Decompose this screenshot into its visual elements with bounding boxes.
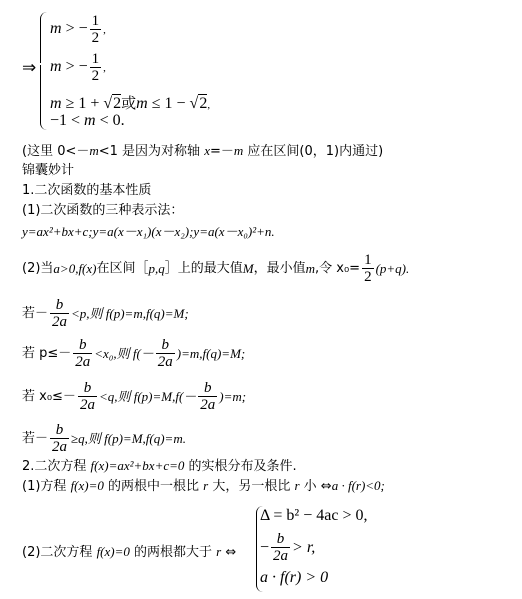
case-4: 若－ b2a ≥q,则 f(p)=M,f(q)=m.: [22, 422, 186, 455]
note-line: (这里 0<－m<1 是因为对称轴 x=－m 应在区间(0，1)内通过): [22, 143, 383, 160]
section-1-item-2: (2)当 a>0,f(x) 在区间［ p,q ］上的最大值 M ，最小值 m ,…: [22, 252, 409, 285]
system-row-1: m > −12,: [50, 13, 106, 46]
section-1-item-1-title: (1)二次函数的三种表示法：: [22, 203, 183, 219]
system-row-4: −1 < m < 0.: [50, 112, 125, 130]
case-2: 若 p≤－ b2a <x₀,则 f(－ b2a )=m,f(q)=M;: [22, 337, 245, 370]
system-row-3: m ≥ 1 + √2或m ≤ 1 − √2,: [50, 92, 210, 113]
section-2-item-1: (1)方程 f(x)=0 的两根中一根比 r 大，另一根比 r 小 ⇔a · f…: [22, 478, 385, 495]
section-2-item-2: (2)二次方程 f(x)=0 的两根都大于 r ⇔: [22, 544, 236, 561]
left-brace: [40, 12, 47, 130]
system-row-2: m > −12,: [50, 51, 106, 84]
implies-arrow: ⇒: [22, 58, 36, 78]
section-2-title: 2.二次方程 f(x)=ax²+bx+c=0 的实根分布及条件.: [22, 458, 297, 475]
section-1-forms: y=ax²+bx+c;y=a(x－x₁)(x－x₂);y=a(x－x₀)²+n.: [22, 224, 275, 240]
system-2-row-2: − b2a > r,: [260, 531, 315, 564]
section-1-title: 1.二次函数的基本性质: [22, 183, 151, 199]
heading-tips: 锦囊妙计: [22, 163, 74, 179]
system-2-row-1: Δ = b² − 4ac > 0,: [260, 507, 367, 525]
system-2-row-3: a · f(r) > 0: [260, 569, 328, 587]
case-1: 若－ b2a <p,则 f(p)=m,f(q)=M;: [22, 297, 189, 330]
case-3: 若 x₀≤－ b2a <q,则 f(p)=M,f(－ b2a )=m;: [22, 380, 246, 413]
